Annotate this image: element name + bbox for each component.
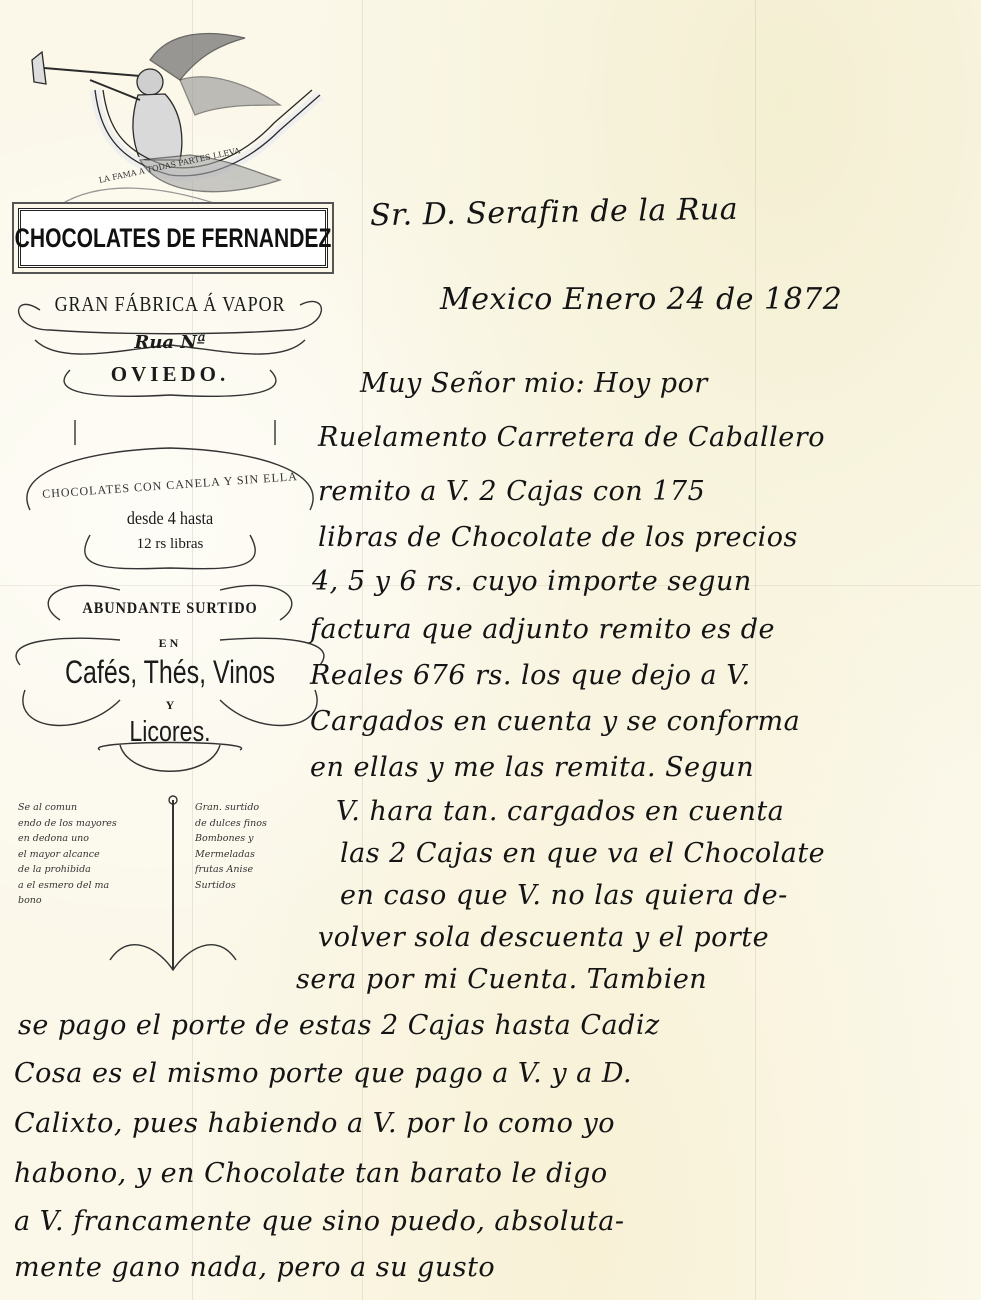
products-and: Y: [0, 698, 340, 713]
addressee: Sr. D. Serafin de la Rua: [370, 192, 739, 233]
place-date: Mexico Enero 24 de 1872: [440, 282, 842, 317]
letter-line: Cosa es el mismo porte que pago a V. y a…: [14, 1058, 632, 1089]
letter-line: factura que adjunto remito es de: [310, 614, 775, 645]
letter-line: habono, y en Chocolate tan barato le dig…: [14, 1158, 608, 1189]
letter-line: Reales 676 rs. los que dejo a V.: [310, 660, 751, 691]
fold-line: [755, 0, 756, 1300]
letter-line: V. hara tan. cargados en cuenta: [336, 796, 784, 827]
letter-line: 4, 5 y 6 rs. cuyo importe segun: [312, 566, 752, 597]
letter-line: las 2 Cajas en que va el Chocolate: [340, 838, 825, 869]
assortment-heading: ABUNDANTE SURTIDO: [17, 600, 323, 618]
city-line: OVIEDO.: [0, 362, 340, 387]
letter-line: a V. francamente que sino puedo, absolut…: [14, 1206, 625, 1237]
letter-line: sera por mi Cuenta. Tambien: [296, 964, 707, 995]
fold-line: [362, 0, 363, 1300]
letterhead-note-left: Se al comun endo de los mayores en dedon…: [18, 800, 170, 909]
street-line: Rua Nª: [0, 332, 340, 353]
letter-line: libras de Chocolate de los precios: [318, 522, 798, 553]
trumpeting-angel-engraving: LA FAMA A TODAS PARTES LLEVA: [20, 10, 330, 210]
price-range-from: desde 4 hasta: [17, 508, 323, 529]
letterhead: LA FAMA A TODAS PARTES LLEVA CHOCOLATES …: [0, 0, 340, 990]
brand-plate: CHOCOLATES DE FERNANDEZ: [18, 208, 328, 268]
letter-line: en caso que V. no las quiera de-: [340, 880, 788, 911]
factory-line: GRAN FÁBRICA Á VAPOR: [24, 292, 316, 317]
letter-line: Ruelamento Carretera de Caballero: [318, 422, 825, 453]
letter-line: remito a V. 2 Cajas con 175: [318, 476, 705, 507]
price-range-to: 12 rs libras: [0, 536, 340, 553]
assortment-en: EN: [0, 636, 340, 651]
letter-line: Calixto, pues habiendo a V. por lo como …: [14, 1108, 615, 1139]
letter-line: Muy Señor mio: Hoy por: [360, 368, 708, 399]
liquors-line: Licores.: [34, 716, 306, 749]
letter-line: mente gano nada, pero a su gusto: [14, 1252, 495, 1283]
letter-line: volver sola descuenta y el porte: [318, 922, 769, 953]
letter-line: Cargados en cuenta y se conforma: [310, 706, 800, 737]
products-line: Cafés, Thés, Vinos: [37, 654, 302, 691]
brand-name: CHOCOLATES DE FERNANDEZ: [15, 223, 332, 254]
letter-line: en ellas y me las remita. Segun: [310, 752, 754, 783]
letterhead-note-right: Gran. surtido de dulces finos Bombones y…: [195, 800, 305, 893]
letter-line: se pago el porte de estas 2 Cajas hasta …: [18, 1010, 660, 1041]
